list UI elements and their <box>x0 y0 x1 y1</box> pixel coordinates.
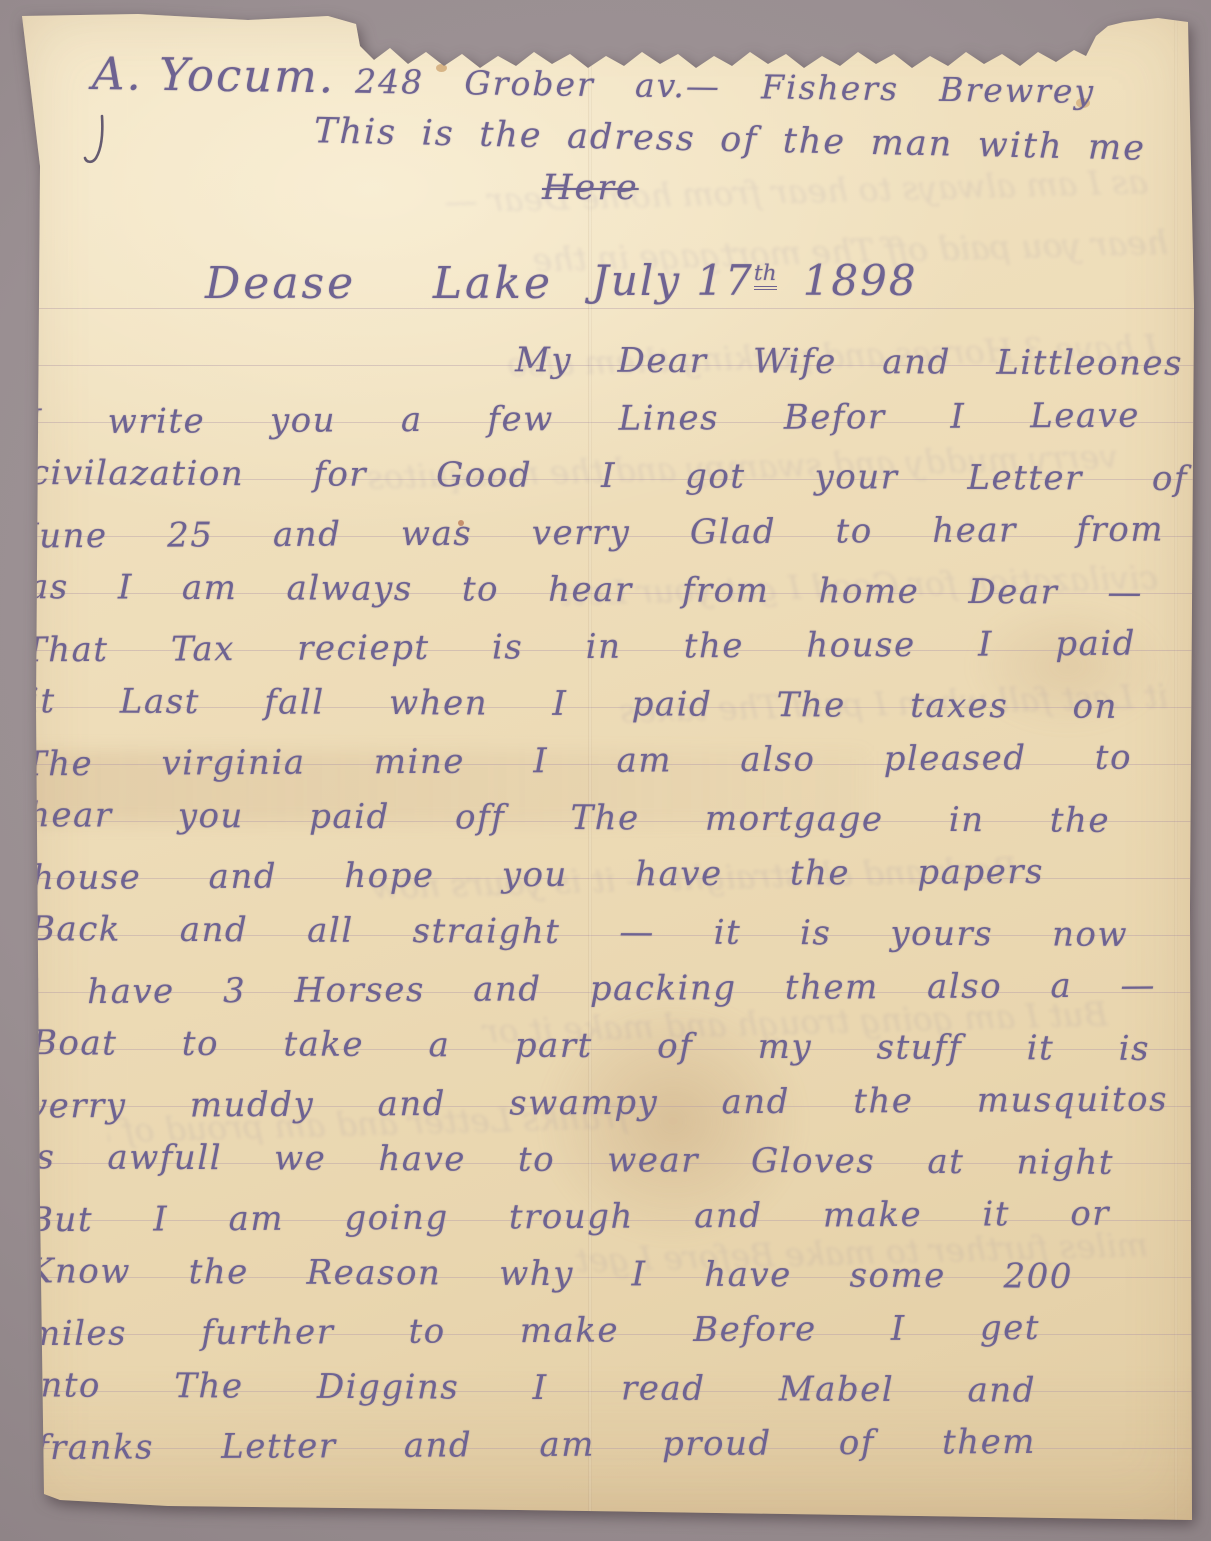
dateline-place: Dease Lake <box>205 258 553 309</box>
letter-line: miles further to make Before I get <box>28 1308 1040 1355</box>
letter-line: Boat to take a part of my stuff it is <box>32 1023 1150 1070</box>
dateline-date: July 17th1898 <box>592 256 918 305</box>
letter-line: is awfull we have to wear Gloves at nigh… <box>24 1137 1114 1184</box>
letter-line: Back and all straight — it is yours now <box>30 909 1128 956</box>
letter-line: That Tax reciept is in the house I paid <box>24 624 1136 672</box>
letter-line: as I am always to hear from home Dear — <box>28 567 1143 614</box>
date-ordinal: th <box>754 261 777 290</box>
letter-page: as I am always to hear from home Dear — … <box>18 6 1196 1526</box>
letter-line: The virginia mine I am also pleased to <box>24 738 1132 786</box>
handwriting-layer: A. Yocum. 248 Grober av.— Fishers Brewre… <box>18 6 1196 1526</box>
scan-background: as I am always to hear from home Dear — … <box>0 0 1211 1541</box>
writer-name: A. Yocum. <box>92 47 336 103</box>
header-address-line: A. Yocum. 248 Grober av.— Fishers Brewre… <box>92 47 1096 114</box>
letter-line: hear you paid off The mortgage in the <box>28 795 1110 841</box>
letter-line: Know the Reason why I have some 200 <box>28 1251 1073 1297</box>
writer-address: 248 Grober av.— Fishers Brewrey <box>355 62 1095 111</box>
date-year: 1898 <box>803 256 918 305</box>
letter-line: I have 3 Horses and packing them also a … <box>24 966 1156 1014</box>
letter-line: But I am going trough and make it or <box>28 1194 1110 1241</box>
address-note: This is the adress of the man with me <box>314 111 1147 168</box>
letter-line: franks Letter and am proud of them <box>36 1422 1036 1469</box>
letter-line: into The Diggins I read Mabel and <box>28 1365 1036 1411</box>
letter-line: it Last fall when I paid The taxes on <box>28 681 1118 728</box>
address-note-here: Here <box>542 168 639 208</box>
letter-line: civilazation for Good I got your Letter … <box>30 453 1188 500</box>
letter-line: house and hope you have the papers <box>32 852 1044 899</box>
letter-line: I write you a few Lines Befor I Leave <box>28 396 1140 444</box>
salutation: My Dear Wife and Littleones <box>515 340 1183 384</box>
letter-line: June 25 and was verry Glad to hear from <box>24 510 1164 558</box>
letter-line: verry muddy and swampy and the musquitos <box>28 1080 1168 1128</box>
date-main: July 17 <box>592 256 754 305</box>
paper-shadow-wrap: as I am always to hear from home Dear — … <box>0 0 1211 1541</box>
